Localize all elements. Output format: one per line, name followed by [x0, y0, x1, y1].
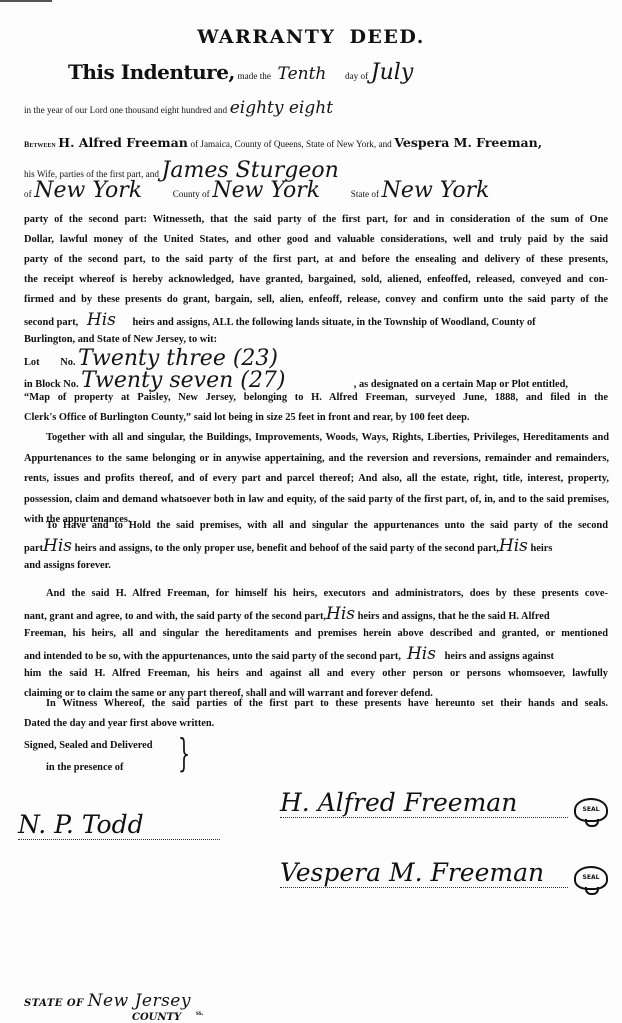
year-prefix: in the year of our Lord one thousand eig…: [24, 105, 227, 115]
residence-line: of New York County of New York State of …: [24, 178, 608, 203]
state-of-label: State of: [351, 189, 379, 199]
indenture-line: This Indenture, made the Tenth day of Ju…: [68, 60, 608, 85]
block-number-handwritten: Twenty seven (27): [81, 368, 351, 393]
grantor1-location: of Jamaica, County of Queens, State of N…: [190, 139, 391, 149]
habendum-part: part: [24, 543, 43, 554]
county-of-label: County of: [173, 189, 210, 199]
block-line: in Block No. Twenty seven (27) , as desi…: [24, 368, 608, 393]
day-handwritten: Tenth: [278, 64, 327, 84]
witness-whereof-line-1: In Witness Whereof, the said parties of …: [46, 698, 608, 709]
grantor1-signature: H. Alfred Freeman: [280, 788, 568, 818]
ss-label: ss.: [196, 1009, 203, 1017]
witnesseth-line-4: the receipt whereof is hereby acknowledg…: [24, 274, 608, 285]
acknowledgment-state-line: STATE OF New Jersey: [24, 991, 191, 1011]
lot-no-label: No.: [60, 357, 75, 368]
grantor2-name: Vespera M. Freeman,: [394, 135, 542, 150]
burlington-line: Burlington, and State of New Jersey, to …: [24, 334, 608, 345]
state-handwritten-ack: New Jersey: [88, 991, 191, 1011]
between-label: Between: [24, 140, 56, 149]
grantor1-name: H. Alfred Freeman: [58, 135, 188, 150]
his-handwritten-2: His: [43, 536, 72, 556]
witnesseth-line-1: party of the second part: Witnesseth, th…: [24, 214, 608, 225]
second-part-suffix: heirs and assigns, ALL the following lan…: [132, 317, 535, 328]
year-line: in the year of our Lord one thousand eig…: [24, 98, 608, 118]
witnesseth-line-3: party of the second part, to the said pa…: [24, 254, 608, 265]
habendum-line-2: partHis heirs and assigns, to the only p…: [24, 536, 608, 556]
year-handwritten: eighty eight: [230, 98, 333, 118]
parties-line: Between H. Alfred Freeman of Jamaica, Co…: [24, 135, 608, 150]
habendum-line-1: To Have and to Hold the said premises, w…: [46, 520, 608, 531]
covenant-line-4a: and intended to be so, with the appurten…: [24, 651, 401, 662]
covenant-line-3: Freeman, his heirs, all and singular the…: [24, 628, 608, 639]
habendum-mid: heirs and assigns, to the only proper us…: [75, 543, 499, 554]
day-of-label: day of: [345, 71, 368, 81]
covenant-line-4: and intended to be so, with the appurten…: [24, 644, 608, 664]
lot-label: Lot: [24, 357, 40, 368]
covenant-line-5: him the said H. Alfred Freeman, his heir…: [24, 668, 608, 679]
witnesseth-line-5: firmed and by these presents do grant, b…: [24, 294, 608, 305]
habendum-end: heirs: [531, 543, 553, 554]
month-handwritten: July: [371, 60, 413, 85]
his-handwritten-4: His: [326, 604, 355, 624]
county-label: COUNTY: [132, 1012, 181, 1023]
map-line-1: “Map of property at Paisley, New Jersey,…: [24, 392, 608, 403]
covenant-line-2: nant, grant and agree, to and with, the …: [24, 604, 608, 624]
state-label: STATE OF: [24, 998, 84, 1009]
indenture-heading: This Indenture,: [68, 60, 235, 84]
covenant-line-1: And the said H. Alfred Freeman, for hims…: [46, 588, 608, 599]
block-suffix: , as designated on a certain Map or Plot…: [354, 379, 568, 390]
in-presence-of: in the presence of: [46, 762, 608, 773]
witnesseth-line-2: Dollar, lawful money of the United State…: [24, 234, 608, 245]
together-paragraph: Together with all and singular, the Buil…: [24, 428, 609, 531]
brace: }: [178, 734, 190, 772]
seal-icon-2: SEAL: [574, 866, 608, 890]
state-handwritten: New York: [382, 178, 490, 203]
his-handwritten-5: His: [407, 644, 436, 664]
witness-whereof-line-2: Dated the day and year first above writt…: [24, 718, 608, 729]
witness-signature: N. P. Todd: [18, 810, 220, 840]
habendum-line-3: and assigns forever.: [24, 560, 608, 571]
covenant-line-4b: heirs and assigns against: [445, 651, 554, 662]
made-the-label: made the: [238, 71, 271, 81]
deed-page: WARRANTYDEED. This Indenture, made the T…: [0, 0, 622, 1023]
his-handwritten: His: [87, 310, 116, 330]
grantor2-signature: Vespera M. Freeman: [280, 858, 568, 888]
signed-sealed-delivered: Signed, Sealed and Delivered: [24, 740, 608, 751]
of-label: of: [24, 189, 32, 199]
second-part-line: second part, His heirs and assigns, ALL …: [24, 310, 608, 330]
title-word-warranty: WARRANTY: [197, 26, 335, 48]
second-part-prefix: second part,: [24, 317, 78, 328]
city-handwritten: New York: [34, 178, 142, 203]
his-handwritten-3: His: [499, 536, 528, 556]
block-label: in Block No.: [24, 379, 79, 390]
scan-edge-mark: [0, 0, 52, 2]
title-word-deed: DEED.: [349, 26, 424, 48]
covenant-line-2b: heirs and assigns, that he the said H. A…: [358, 611, 550, 622]
document-title: WARRANTYDEED.: [0, 26, 622, 48]
county-handwritten: New York: [212, 178, 320, 203]
seal-icon-1: SEAL: [574, 798, 608, 822]
map-line-2: Clerk's Office of Burlington County,” sa…: [24, 412, 608, 423]
covenant-line-2a: nant, grant and agree, to and with, the …: [24, 611, 326, 622]
